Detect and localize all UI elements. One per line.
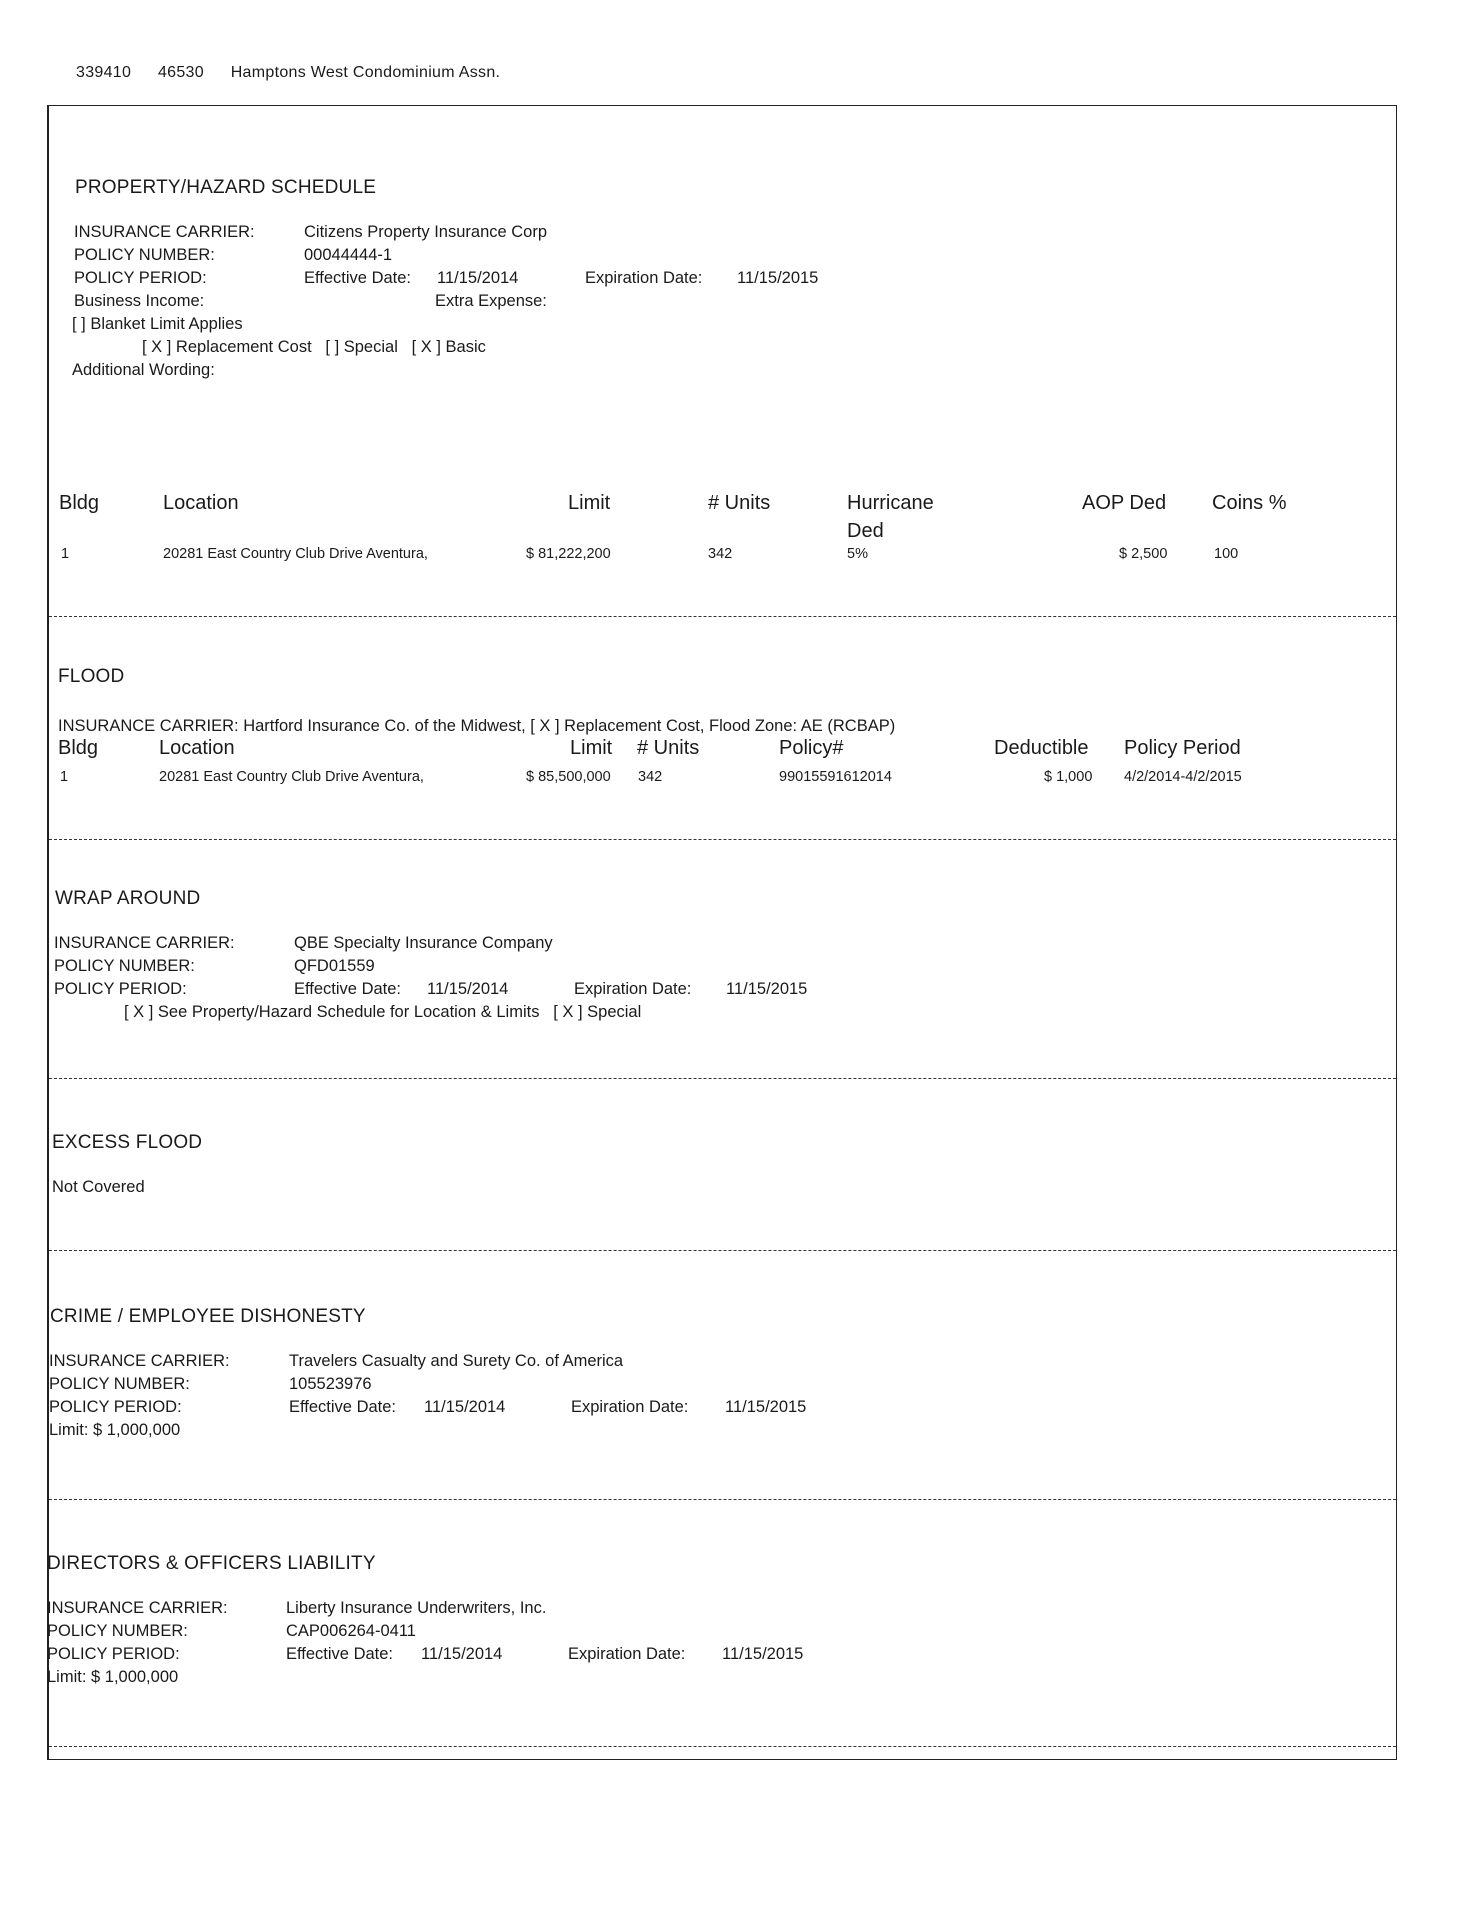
blanket-limit-checkbox: [ ] Blanket Limit Applies [72,315,243,334]
col-location: Location [159,737,235,760]
section-title-wrap-around: WRAP AROUND [55,888,200,910]
wrap-expiration-date: 11/15/2015 [726,980,807,999]
label-carrier: INSURANCE CARRIER: [47,1599,228,1618]
label-carrier: INSURANCE CARRIER: [49,1352,230,1371]
label-policy-number: POLICY NUMBER: [54,957,195,976]
label-business-income: Business Income: [74,292,204,311]
section-divider [49,1499,1396,1500]
cell-units: 342 [708,546,732,562]
account-code: 46530 [158,64,204,81]
section-title-property: PROPERTY/HAZARD SCHEDULE [75,177,376,199]
property-effective-date: 11/15/2014 [437,269,518,288]
crime-limit: Limit: $ 1,000,000 [49,1421,180,1440]
section-title-directors-officers: DIRECTORS & OFFICERS LIABILITY [47,1553,376,1575]
col-units: # Units [708,492,770,515]
label-additional-wording: Additional Wording: [72,361,215,380]
col-limit: Limit [570,737,612,760]
crime-policy-number: 105523976 [289,1375,372,1394]
do-carrier: Liberty Insurance Underwriters, Inc. [286,1599,546,1618]
label-policy-period: POLICY PERIOD: [47,1645,180,1664]
col-units: # Units [637,737,699,760]
col-deductible: Deductible [994,737,1089,760]
section-divider [49,1250,1396,1251]
section-title-excess-flood: EXCESS FLOOD [52,1132,202,1154]
col-location: Location [163,492,239,515]
label-policy-number: POLICY NUMBER: [49,1375,190,1394]
cell-policy: 99015591612014 [779,769,892,785]
cell-location: 20281 East Country Club Drive Aventura, [159,769,424,785]
flood-carrier-line: INSURANCE CARRIER: Hartford Insurance Co… [58,717,895,736]
cell-limit: $ 85,500,000 [526,769,611,785]
wrap-note: [ X ] See Property/Hazard Schedule for L… [124,1003,641,1022]
insurance-summary-frame: PROPERTY/HAZARD SCHEDULE INSURANCE CARRI… [47,105,1397,1760]
label-policy-period: POLICY PERIOD: [54,980,187,999]
do-expiration-date: 11/15/2015 [722,1645,803,1664]
crime-effective-date: 11/15/2014 [424,1398,505,1417]
wrap-effective-date: 11/15/2014 [427,980,508,999]
cell-deductible: $ 1,000 [1044,769,1092,785]
label-policy-number: POLICY NUMBER: [74,246,215,265]
col-bldg: Bldg [58,737,98,760]
label-policy-number: POLICY NUMBER: [47,1622,188,1641]
label-carrier: INSURANCE CARRIER: [54,934,235,953]
label-carrier: INSURANCE CARRIER: [74,223,255,242]
col-policy: Policy# [779,737,843,760]
do-policy-number: CAP006264-0411 [286,1622,416,1641]
label-expiration-date: Expiration Date: [571,1398,688,1417]
col-policy-period: Policy Period [1124,737,1241,760]
property-carrier: Citizens Property Insurance Corp [304,223,547,242]
document-header: 339410 46530 Hamptons West Condominium A… [76,64,522,82]
property-expiration-date: 11/15/2015 [737,269,818,288]
cell-bldg: 1 [61,546,69,562]
account-id: 339410 [76,64,131,81]
wrap-carrier: QBE Specialty Insurance Company [294,934,553,953]
association-name: Hamptons West Condominium Assn. [231,64,501,81]
do-effective-date: 11/15/2014 [421,1645,502,1664]
cell-bldg: 1 [60,769,68,785]
label-extra-expense: Extra Expense: [435,292,547,311]
label-expiration-date: Expiration Date: [568,1645,685,1664]
label-effective-date: Effective Date: [286,1645,393,1664]
property-coverage-options: [ X ] Replacement Cost [ ] Special [ X ]… [142,338,486,357]
cell-location: 20281 East Country Club Drive Aventura, [163,546,428,562]
do-limit: Limit: $ 1,000,000 [47,1668,178,1687]
cell-units: 342 [638,769,662,785]
cell-limit: $ 81,222,200 [526,546,611,562]
label-effective-date: Effective Date: [304,269,411,288]
label-effective-date: Effective Date: [294,980,401,999]
section-divider [49,839,1396,840]
col-limit: Limit [568,492,610,515]
col-hurricane-ded-2: Ded [847,520,884,543]
section-divider [49,1078,1396,1079]
label-policy-period: POLICY PERIOD: [49,1398,182,1417]
property-policy-number: 00044444-1 [304,246,392,265]
section-title-crime: CRIME / EMPLOYEE DISHONESTY [50,1306,366,1328]
cell-aop-ded: $ 2,500 [1119,546,1167,562]
section-title-flood: FLOOD [58,666,124,688]
label-policy-period: POLICY PERIOD: [74,269,207,288]
excess-flood-status: Not Covered [52,1178,145,1197]
cell-policy-period: 4/2/2014-4/2/2015 [1124,769,1242,785]
label-effective-date: Effective Date: [289,1398,396,1417]
wrap-policy-number: QFD01559 [294,957,375,976]
label-expiration-date: Expiration Date: [585,269,702,288]
label-expiration-date: Expiration Date: [574,980,691,999]
section-divider [49,1746,1396,1747]
col-coins: Coins % [1212,492,1286,515]
col-bldg: Bldg [59,492,99,515]
section-divider [49,616,1396,617]
cell-coins: 100 [1214,546,1238,562]
crime-expiration-date: 11/15/2015 [725,1398,806,1417]
crime-carrier: Travelers Casualty and Surety Co. of Ame… [289,1352,623,1371]
cell-hurricane-ded: 5% [847,546,868,562]
col-aop-ded: AOP Ded [1082,492,1166,515]
col-hurricane-ded: Hurricane [847,492,934,515]
